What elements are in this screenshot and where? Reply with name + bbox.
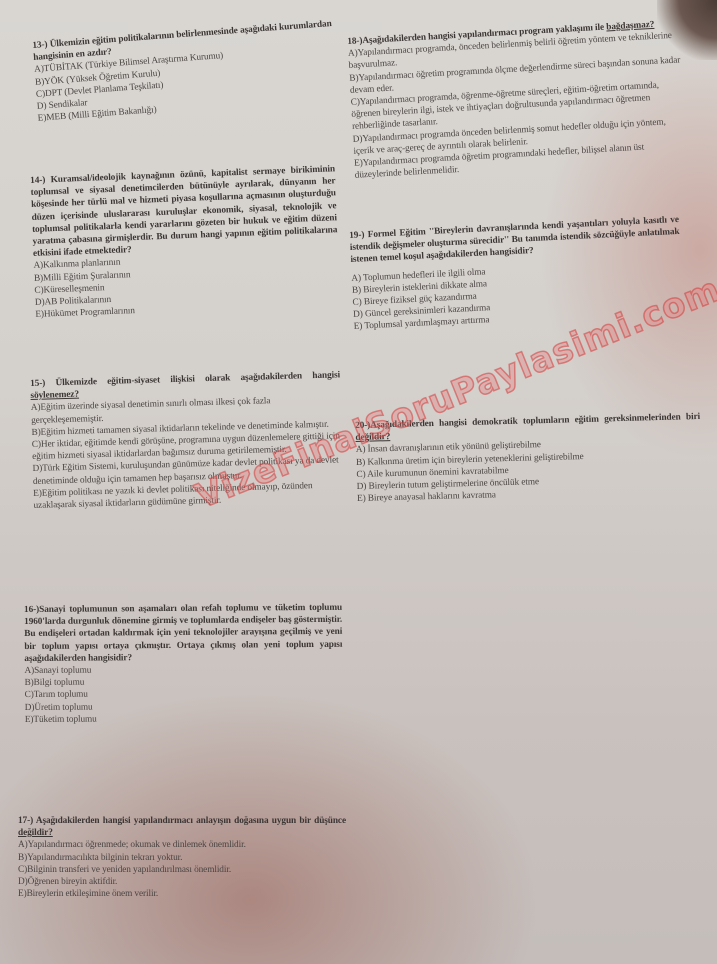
question-16: 16-)Sanayi toplumunun son aşamaları olan… [24,602,343,726]
question-17: 17-) Aşağıdakilerden hangisi yapılandırm… [18,815,346,900]
stem-text: 17-) Aşağıdakilerden hangisi yapılandırm… [18,816,346,826]
option-e: E)Tüketim toplumu [25,712,343,726]
option-c: C)Bilginin transferi ve yeniden yapıland… [18,864,346,876]
option-a: A)Yapılandırmacı öğrenmede; okumak ve di… [18,839,346,851]
question-stem: 14-) Kuramsal/ideolojik kaynağının özünü… [30,163,338,260]
question-stem: 17-) Aşağıdakilerden hangisi yapılandırm… [18,815,346,839]
option-b: B)Yapılandırmacılıkta bilginin tekrarı y… [18,852,346,864]
option-e: E)Bireylerin etkileşimine önem verilir. [18,888,346,900]
question-14: 14-) Kuramsal/ideolojik kaynağının özünü… [30,163,340,321]
option-d: D)Öğrenen bireyin aktifdir. [18,876,346,888]
stem-emphasis: değildir? [18,828,53,838]
stem-emphasis: söylenemez? [30,390,79,401]
question-18: 18-)Aşağıdakilerden hangisi yapılandırma… [347,17,687,182]
question-stem: 16-)Sanayi toplumunun son aşamaları olan… [24,602,342,665]
